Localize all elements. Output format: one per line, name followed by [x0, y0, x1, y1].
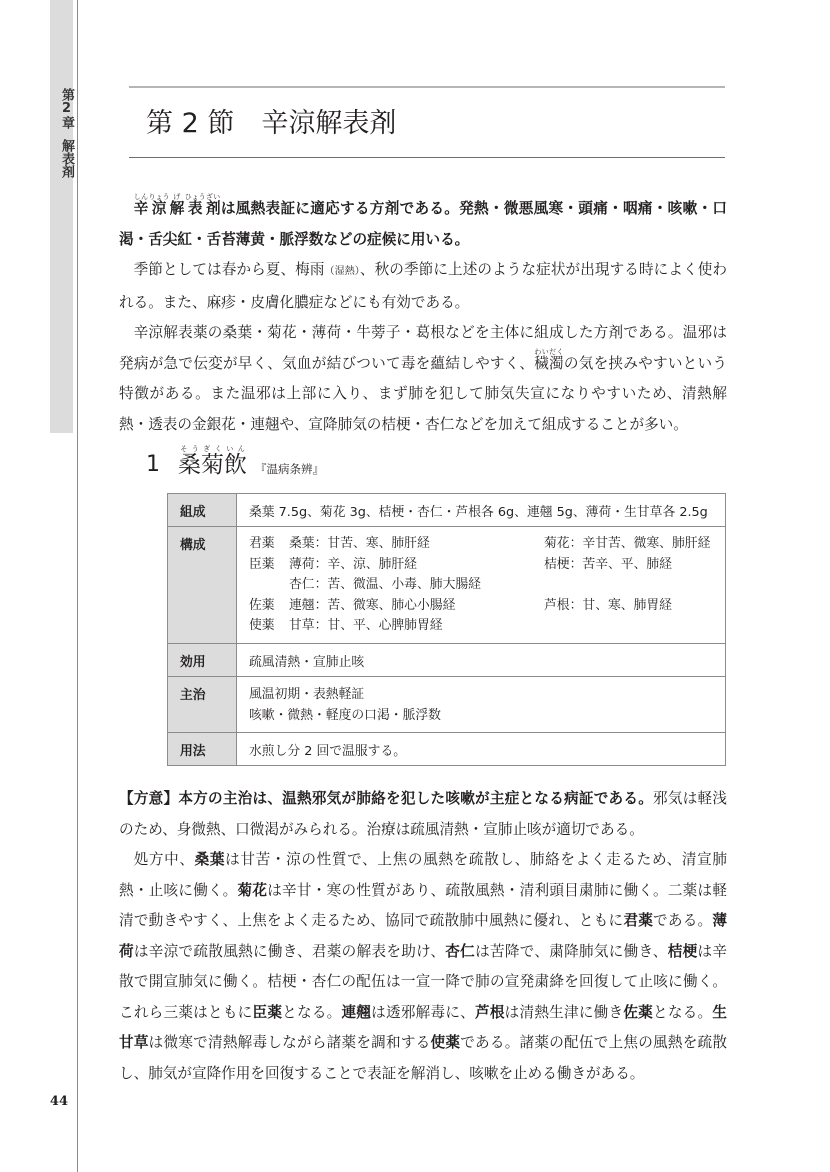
- bold-term: 桑葉: [195, 851, 226, 868]
- herb-entry: 杏仁：苦、微温、小毒、肺大腸経: [289, 575, 544, 596]
- page-number: 44: [30, 1094, 68, 1109]
- text-run: となる。: [653, 1004, 712, 1021]
- ruby-word: 解げ: [169, 200, 184, 217]
- table-row-structure: 構成 君薬 桑葉：甘苦、寒、肺肝経 菊花：辛甘苦、微寒、肺肝経 臣薬 薄荷：辛、…: [168, 527, 726, 644]
- herb-role: 使薬: [249, 616, 289, 637]
- table-row-composition: 組成 桑葉 7.5g、菊花 3g、桔梗・杏仁・芦根各 6g、連翹 5g、薄荷・生…: [168, 494, 726, 527]
- herb-role: 佐薬: [249, 596, 289, 617]
- chapter-tab-char: 表: [59, 152, 74, 165]
- table-row-indication: 主治 風温初期・表熱軽証 咳嗽・微熱・軽度の口渇・脈浮数: [168, 676, 726, 732]
- chapter-tab-char: 2: [59, 101, 74, 116]
- table-row-effect: 効用 疏風清熱・宣肺止咳: [168, 643, 726, 676]
- herb-entry: [544, 616, 725, 637]
- text-run: は透邪解毒に、: [371, 1004, 475, 1021]
- chapter-tab-label: 第2章 解表剤: [50, 88, 73, 178]
- row-label: 用法: [168, 732, 237, 765]
- formula-table: 組成 桑葉 7.5g、菊花 3g、桔梗・杏仁・芦根各 6g、連翹 5g、薄荷・生…: [167, 493, 726, 766]
- intro-text: 辛しん涼りょう解げ表ひょう剤ざいは風熱表証に適応する方剤である。発熱・微悪風寒・…: [119, 193, 727, 440]
- chapter-tab-char: 第: [59, 88, 74, 101]
- table-row-usage: 用法 水煎し分 2 回で温服する。: [168, 732, 726, 765]
- bold-term: 杏仁: [445, 943, 475, 960]
- text-run: は辛涼で疏散風熱に働き、君薬の解表を助け、: [134, 943, 445, 960]
- ruby-word: 表ひょう: [185, 200, 206, 217]
- herb-entry: 芦根：甘、寒、肺胃経: [544, 596, 725, 617]
- chapter-tab-char: 章: [59, 116, 74, 129]
- text-run: 処方中、: [134, 851, 195, 868]
- text-run: となる。: [282, 1004, 341, 1021]
- structure-grid: 君薬 桑葉：甘苦、寒、肺肝経 菊花：辛甘苦、微寒、肺肝経 臣薬 薄荷：辛、涼、肺…: [249, 534, 725, 637]
- herb-entry: 菊花：辛甘苦、微寒、肺肝経: [544, 534, 725, 555]
- formula-number: 1: [146, 450, 160, 480]
- explanation-paragraph-1: 【方意】本方の主治は、温熱邪気が肺絡を犯した咳嗽が主症となる病証である。邪気は軽…: [119, 784, 727, 845]
- explanation-text: 【方意】本方の主治は、温熱邪気が肺絡を犯した咳嗽が主症となる病証である。邪気は軽…: [119, 784, 727, 1089]
- intro-paragraph-3: 辛涼解表薬の桑葉・菊花・薄荷・牛蒡子・葛根などを主体に組成した方剤である。温邪は…: [119, 318, 727, 440]
- row-label: 組成: [168, 494, 237, 527]
- title-rule-top: [129, 86, 725, 88]
- chapter-tab-gap: [59, 129, 73, 139]
- composition-value: 桑葉 7.5g、菊花 3g、桔梗・杏仁・芦根各 6g、連翹 5g、薄荷・生甘草各…: [237, 494, 726, 527]
- chapter-tab-char: 解: [59, 139, 74, 152]
- structure-value: 君薬 桑葉：甘苦、寒、肺肝経 菊花：辛甘苦、微寒、肺肝経 臣薬 薄荷：辛、涼、肺…: [237, 527, 726, 644]
- chapter-tab: [50, 0, 73, 433]
- indication-value: 風温初期・表熱軽証 咳嗽・微熱・軽度の口渇・脈浮数: [237, 676, 726, 732]
- text-run: である。: [653, 912, 712, 929]
- herb-entry: 薄荷：辛、涼、肺肝経: [289, 555, 544, 576]
- ruby-word: 涼りょう: [149, 200, 170, 217]
- text-run: は苦降で、粛降肺気に働き、: [475, 943, 668, 960]
- margin-divider: [77, 0, 78, 1172]
- effect-value: 疏風清熱・宣肺止咳: [237, 643, 726, 676]
- indication-line: 咳嗽・微熱・軽度の口渇・脈浮数: [249, 705, 725, 726]
- herb-role: 臣薬: [249, 555, 289, 576]
- explanation-paragraph-2: 処方中、桑葉は甘苦・涼の性質で、上焦の風熱を疏散し、肺絡をよく走るため、清宣肺熱…: [119, 845, 727, 1089]
- chapter-tab-char: 剤: [59, 165, 74, 178]
- ruby-word: 辛しん: [134, 200, 149, 217]
- bold-term: 桔梗: [668, 943, 698, 960]
- bold-term: 使薬: [431, 1034, 461, 1051]
- herb-entry: 桔梗：苦辛、平、肺経: [544, 555, 725, 576]
- bold-term: 芦根: [475, 1004, 505, 1021]
- usage-value: 水煎し分 2 回で温服する。: [237, 732, 726, 765]
- herb-role: [249, 575, 289, 596]
- herb-entry: 桑葉：甘苦、寒、肺肝経: [289, 534, 544, 555]
- formula-source: 『温病条辨』: [255, 458, 324, 480]
- formula-heading: 1 桑菊飲そうぎくいん 『温病条辨』: [146, 440, 324, 480]
- title-rule-bottom: [129, 157, 725, 158]
- bold-term: 君薬: [623, 912, 653, 929]
- bold-term: 菊花: [238, 882, 268, 899]
- row-label: 構成: [168, 527, 237, 644]
- herb-entry: 甘草：甘、平、心脾肺胃経: [289, 616, 544, 637]
- intro-paragraph-1: 辛しん涼りょう解げ表ひょう剤ざいは風熱表証に適応する方剤である。発熱・微悪風寒・…: [119, 193, 727, 255]
- bold-term: 臣薬: [252, 1004, 282, 1021]
- herb-entry: [544, 575, 725, 596]
- text-run: は清熱生津に働き: [505, 1004, 624, 1021]
- herb-entry: 連翹：苦、微寒、肺心小腸経: [289, 596, 544, 617]
- ruby-word: 剤ざい: [206, 200, 221, 217]
- ruby-word: 穢濁わいだく: [534, 355, 564, 372]
- bold-term: 連翹: [341, 1004, 371, 1021]
- row-label: 主治: [168, 676, 237, 732]
- herb-role: 君薬: [249, 534, 289, 555]
- section-title: 第 2 節 辛涼解表剤: [146, 104, 396, 144]
- indication-line: 風温初期・表熱軽証: [249, 684, 725, 705]
- intro-paragraph-2: 季節としては春から夏、梅雨（湿熱）、秋の季節に上述のような症状が出現する時によく…: [119, 255, 727, 318]
- row-label: 効用: [168, 643, 237, 676]
- text-run: は微寒で清熱解毒しながら諸薬を調和する: [149, 1034, 431, 1051]
- formula-name: 桑菊飲そうぎくいん: [178, 445, 247, 480]
- bold-term: 佐薬: [623, 1004, 653, 1021]
